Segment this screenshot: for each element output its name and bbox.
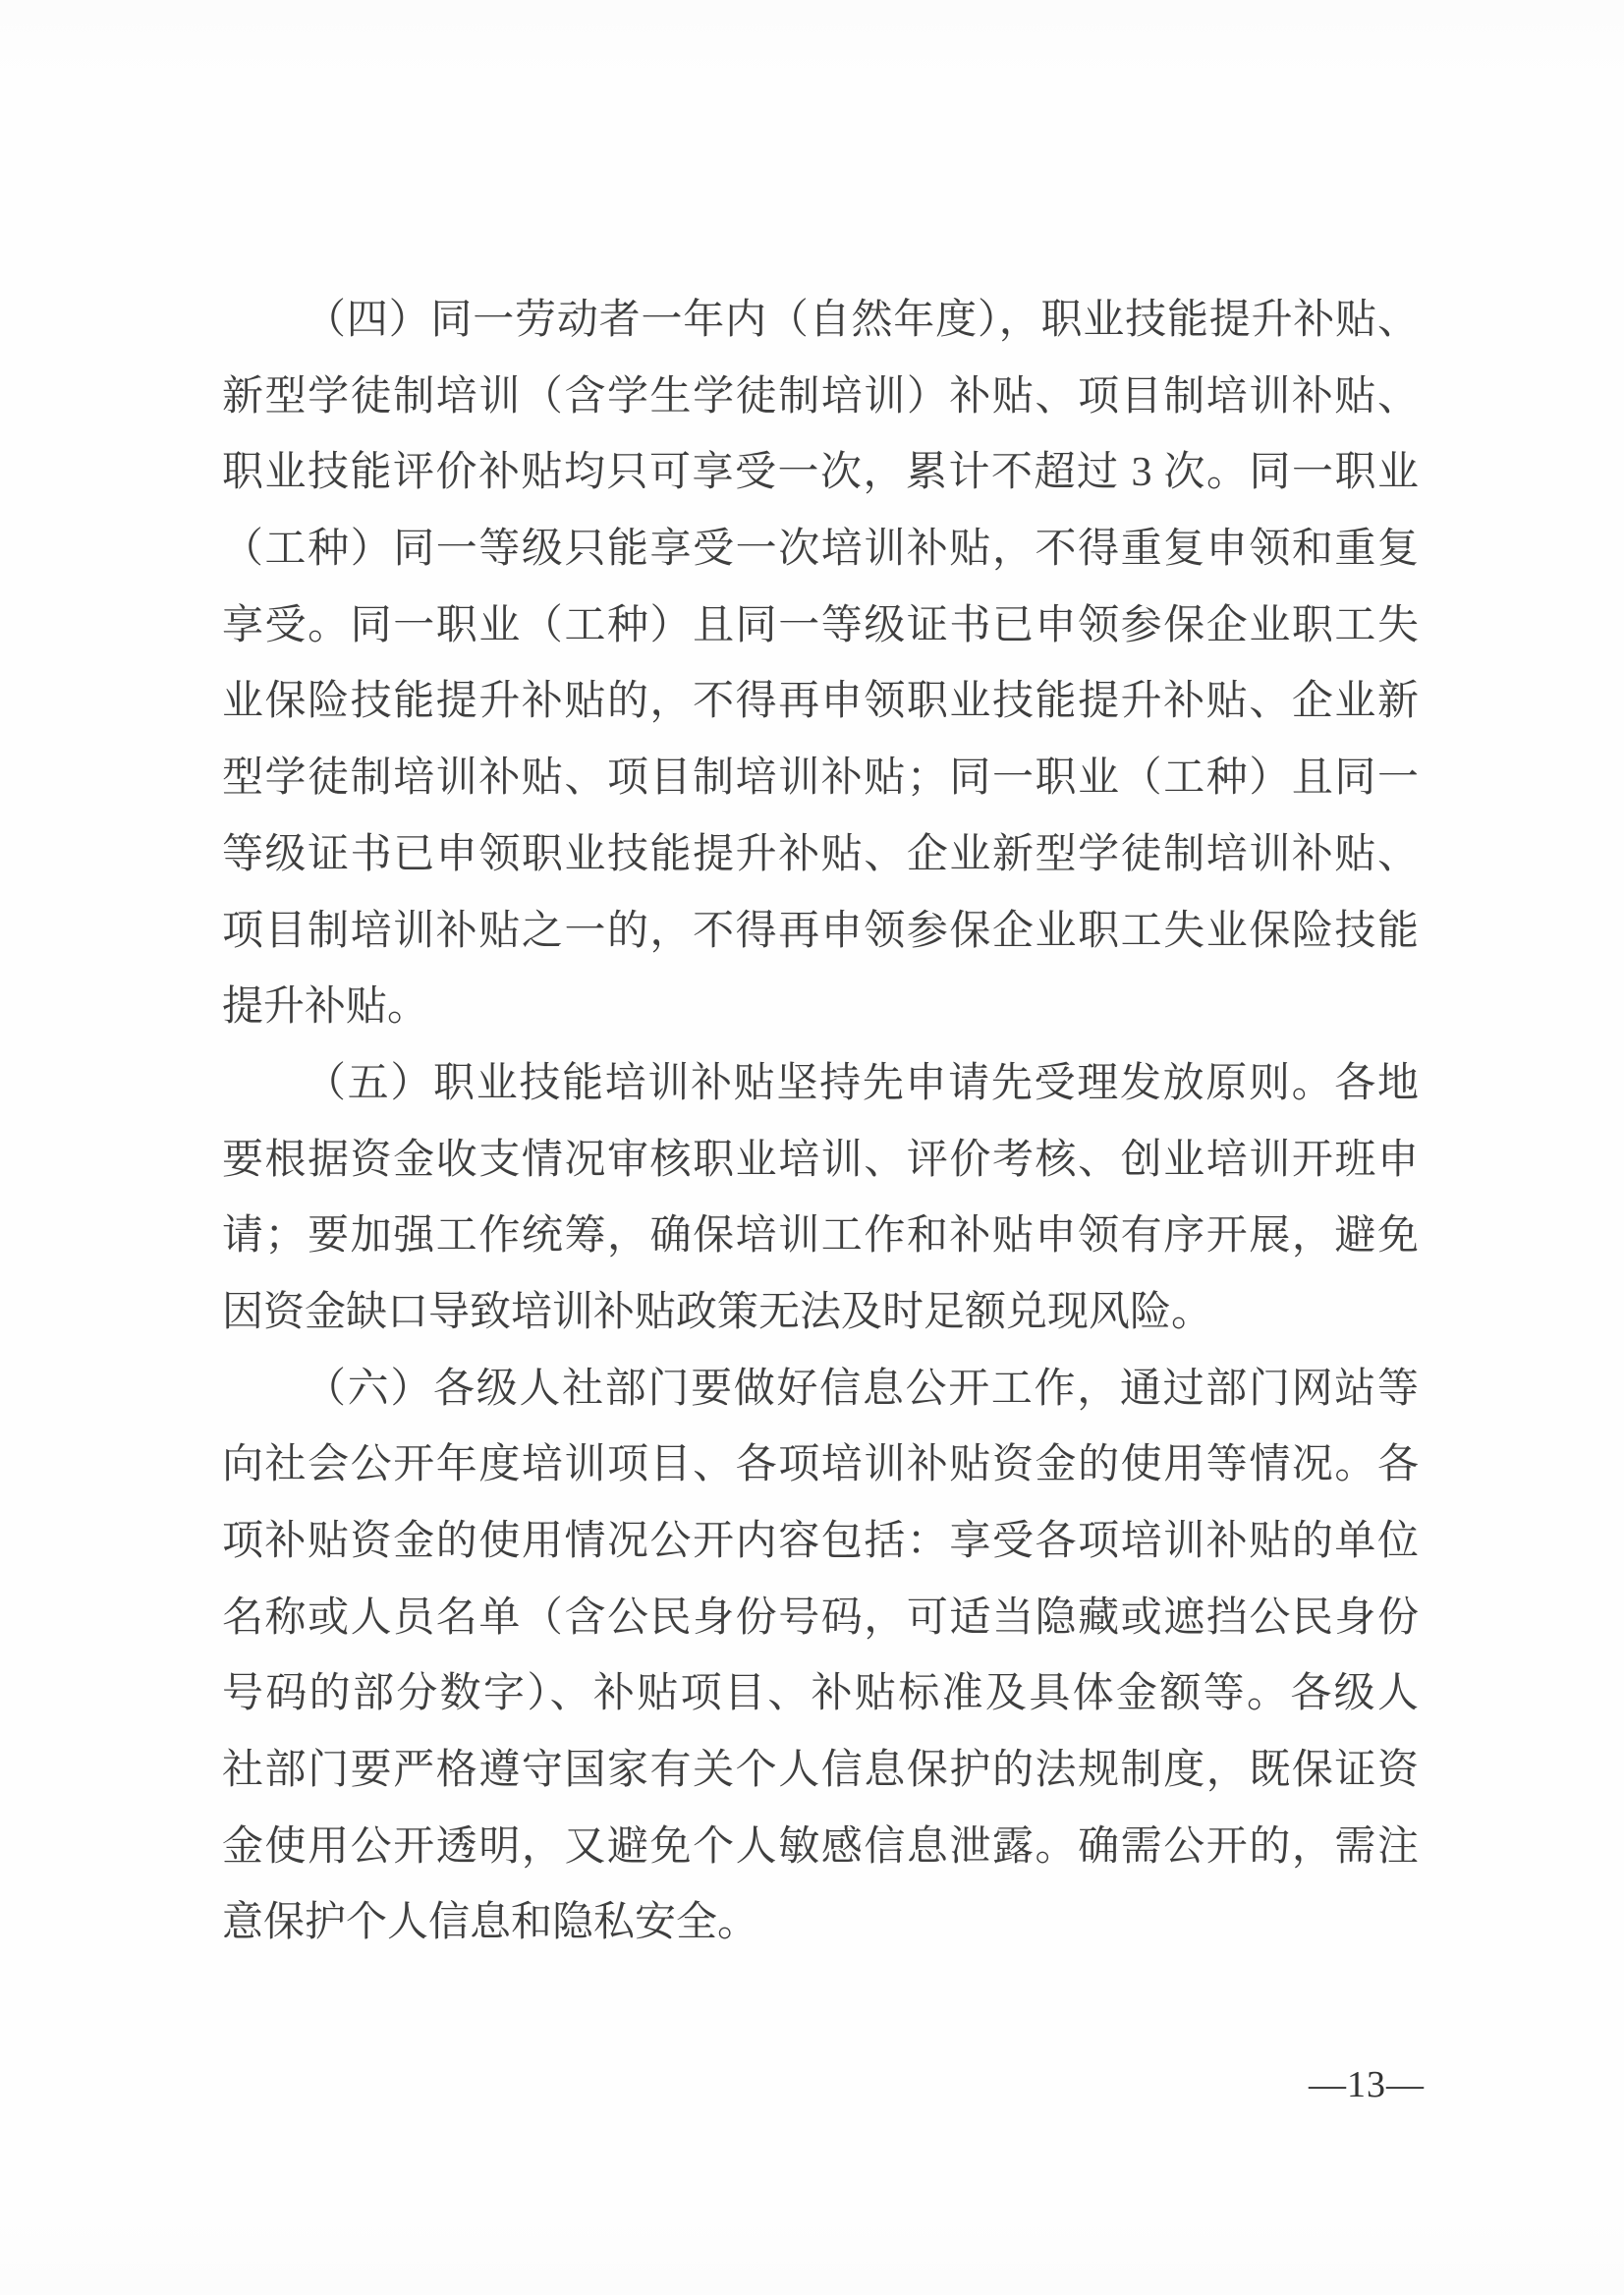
- document-line: 享受。同一职业（工种）且同一等级证书已申领参保企业职工失: [222, 588, 1419, 665]
- document-line: 业保险技能提升补贴的，不得再申领职业技能提升补贴、企业新: [222, 664, 1419, 741]
- document-line: 要根据资金收支情况审核职业培训、评价考核、创业培训开班申: [222, 1123, 1419, 1200]
- document-line: 社部门要严格遵守国家有关个人信息保护的法规制度，既保证资: [222, 1733, 1419, 1810]
- document-page: （四）同一劳动者一年内（自然年度），职业技能提升补贴、新型学徒制培训（含学生学徒…: [0, 0, 1624, 2295]
- document-line: 向社会公开年度培训项目、各项培训补贴资金的使用等情况。各: [222, 1427, 1419, 1504]
- document-line: （五）职业技能培训补贴坚持先申请先受理发放原则。各地: [222, 1046, 1419, 1123]
- document-line: 因资金缺口导致培训补贴政策无法及时足额兑现风险。: [222, 1275, 1419, 1352]
- document-body: （四）同一劳动者一年内（自然年度），职业技能提升补贴、新型学徒制培训（含学生学徒…: [222, 283, 1419, 1962]
- document-line: 等级证书已申领职业技能提升补贴、企业新型学徒制培训补贴、: [222, 817, 1419, 894]
- document-line: 项目制培训补贴之一的，不得再申领参保企业职工失业保险技能: [222, 894, 1419, 971]
- document-line: 新型学徒制培训（含学生学徒制培训）补贴、项目制培训补贴、: [222, 360, 1419, 436]
- document-line: 号码的部分数字）、补贴项目、补贴标准及具体金额等。各级人: [222, 1656, 1419, 1733]
- document-line: 意保护个人信息和隐私安全。: [222, 1885, 1419, 1962]
- document-line: 请；要加强工作统筹，确保培训工作和补贴申领有序开展，避免: [222, 1199, 1419, 1275]
- document-line: （四）同一劳动者一年内（自然年度），职业技能提升补贴、: [222, 283, 1419, 360]
- document-line: 名称或人员名单（含公民身份号码，可适当隐藏或遮挡公民身份: [222, 1581, 1419, 1657]
- document-line: 提升补贴。: [222, 970, 1419, 1046]
- document-line: 型学徒制培训补贴、项目制培训补贴；同一职业（工种）且同一: [222, 741, 1419, 817]
- document-line: 项补贴资金的使用情况公开内容包括：享受各项培训补贴的单位: [222, 1504, 1419, 1581]
- document-line: 金使用公开透明，又避免个人敏感信息泄露。确需公开的，需注: [222, 1810, 1419, 1886]
- document-line: 职业技能评价补贴均只可享受一次，累计不超过 3 次。同一职业: [222, 435, 1419, 512]
- page-number: —13—: [1309, 2063, 1425, 2106]
- document-line: （六）各级人社部门要做好信息公开工作，通过部门网站等: [222, 1352, 1419, 1428]
- document-line: （工种）同一等级只能享受一次培训补贴，不得重复申领和重复: [222, 512, 1419, 588]
